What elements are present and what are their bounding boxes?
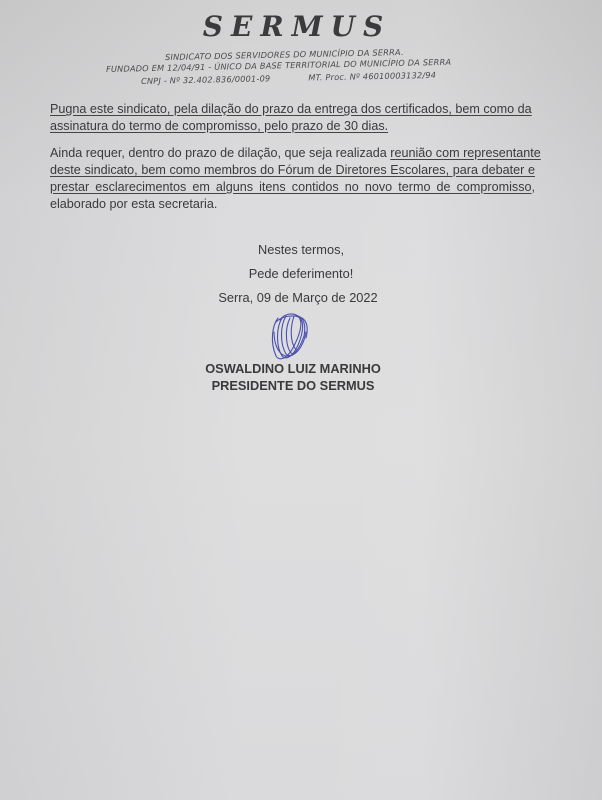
paragraph-line: prestar esclarecimentos em alguns itens … xyxy=(50,179,535,196)
letterhead-logo: SERMUS xyxy=(0,10,598,43)
paragraph-text: , xyxy=(532,180,536,194)
paragraph-line: Pugna este sindicato, pela dilação do pr… xyxy=(50,101,535,118)
closing-terms: Nestes termos, xyxy=(0,242,602,257)
paragraph-text: Ainda requer, dentro do prazo de dilação… xyxy=(50,146,390,160)
paragraph-line: deste sindicato, bem como membros do Fór… xyxy=(50,162,535,179)
paragraph-line: Ainda requer, dentro do prazo de dilação… xyxy=(50,145,535,162)
handwritten-signature xyxy=(268,312,312,362)
paragraph-text-underlined: reunião com representante xyxy=(390,146,541,160)
letterhead-cnpj: CNPJ - Nº 32.402.836/0001-09 xyxy=(141,73,271,86)
closing-request: Pede deferimento! xyxy=(0,266,602,281)
signatory-title: PRESIDENTE DO SERMUS xyxy=(0,378,594,393)
paragraph-line: assinatura do termo de compromisso, pelo… xyxy=(50,118,535,135)
place-date: Serra, 09 de Março de 2022 xyxy=(0,290,599,305)
paragraph-request-extension: Pugna este sindicato, pela dilação do pr… xyxy=(50,101,535,135)
letterhead-mt-proc: MT. Proc. Nº 46010003132/94 xyxy=(308,70,436,83)
paragraph-line: elaborado por esta secretaria. xyxy=(50,196,535,213)
signatory-name: OSWALDINO LUIZ MARINHO xyxy=(0,361,594,376)
paragraph-request-meeting: Ainda requer, dentro do prazo de dilação… xyxy=(50,145,535,213)
paragraph-text-underlined: prestar esclarecimentos em alguns itens … xyxy=(50,180,532,194)
